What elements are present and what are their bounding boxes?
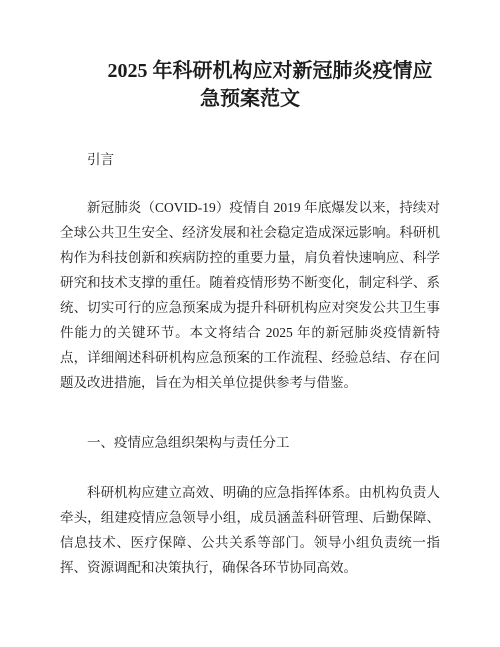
document-title: 2025 年科研机构应对新冠肺炎疫情应急预案范文 [60,57,440,113]
intro-paragraph: 新冠肺炎（COVID-19）疫情自 2019 年底爆发以来，持续对全球公共卫生安… [60,195,440,395]
section-1-paragraph: 科研机构应建立高效、明确的应急指挥体系。由机构负责人牵头，组建疫情应急领导小组，… [60,480,440,580]
section-1-heading: 一、疫情应急组织架构与责任分工 [60,430,440,455]
intro-heading: 引言 [60,147,440,172]
document-page: 2025 年科研机构应对新冠肺炎疫情应急预案范文 引言 新冠肺炎（COVID-1… [0,0,500,647]
